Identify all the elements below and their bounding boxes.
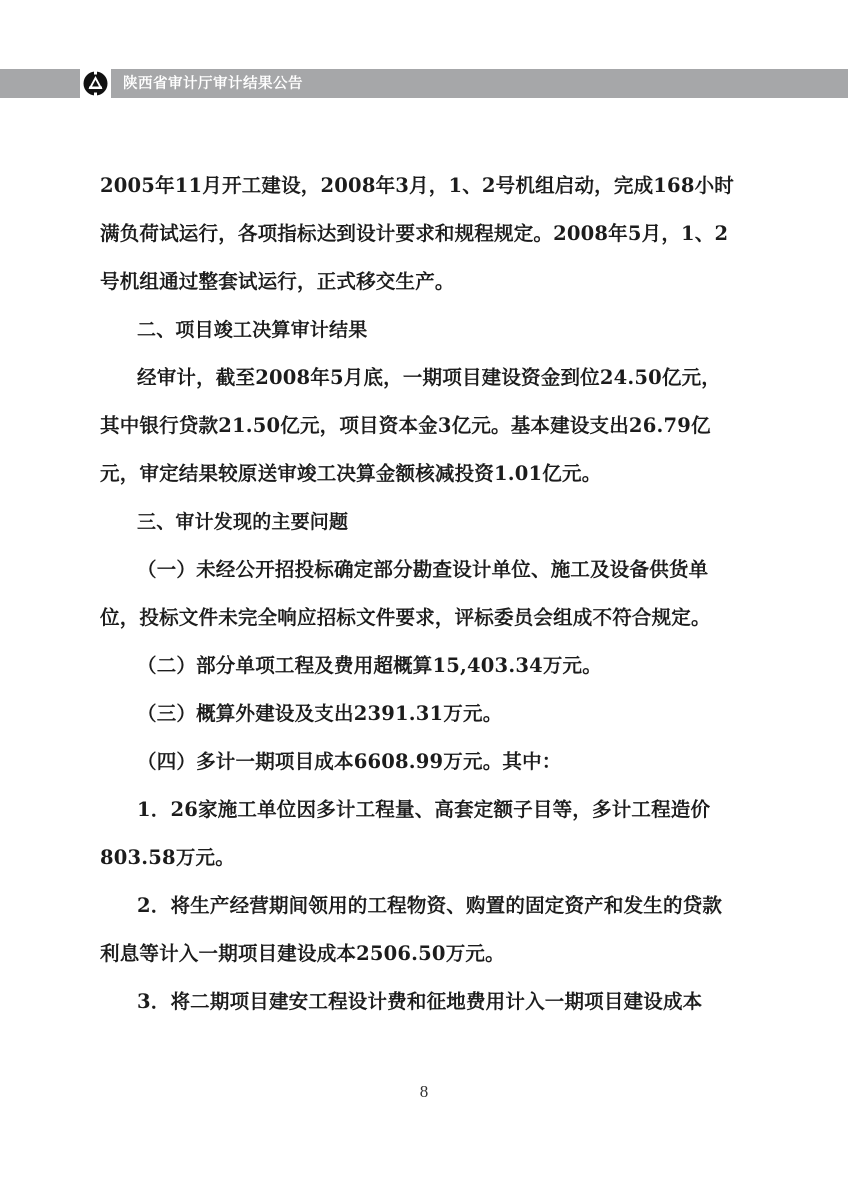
text-line: （一）未经公开招投标确定部分勘查设计单位、施工及设备供货单 (100, 550, 670, 598)
text-line: 经审计，截至2008年5月底，一期项目建设资金到位24.50亿元， (100, 358, 670, 406)
text-line: 803.58万元。 (100, 838, 670, 886)
header-title: 陕西省审计厅审计结果公告 (123, 72, 303, 96)
text-line: 2005年11月开工建设，2008年3月，1、2号机组启动，完成168小时 (100, 166, 670, 214)
text-line: 2．将生产经营期间领用的工程物资、购置的固定资产和发生的贷款 (100, 886, 670, 934)
section-heading: 二、项目竣工决算审计结果 (100, 310, 670, 358)
text-line: 1．26家施工单位因多计工程量、高套定额子目等，多计工程造价 (100, 790, 670, 838)
section-heading: 三、审计发现的主要问题 (100, 502, 670, 550)
text-line: 元，审定结果较原送审竣工决算金额核减投资1.01亿元。 (100, 454, 670, 502)
audit-office-emblem-icon (83, 71, 108, 96)
text-line: 号机组通过整套试运行，正式移交生产。 (100, 262, 670, 310)
page-number: 8 (0, 1082, 848, 1102)
document-body: 2005年11月开工建设，2008年3月，1、2号机组启动，完成168小时 满负… (100, 166, 670, 1030)
text-line: 满负荷试运行，各项指标达到设计要求和规程规定。2008年5月，1、2 (100, 214, 670, 262)
text-line: 利息等计入一期项目建设成本2506.50万元。 (100, 934, 670, 982)
text-line: （三）概算外建设及支出2391.31万元。 (100, 694, 670, 742)
text-line: 其中银行贷款21.50亿元，项目资本金3亿元。基本建设支出26.79亿 (100, 406, 670, 454)
text-line: （二）部分单项工程及费用超概算15,403.34万元。 (100, 646, 670, 694)
text-line: 3．将二期项目建安工程设计费和征地费用计入一期项目建设成本 (100, 982, 670, 1030)
text-line: （四）多计一期项目成本6608.99万元。其中： (100, 742, 670, 790)
text-line: 位，投标文件未完全响应招标文件要求，评标委员会组成不符合规定。 (100, 598, 670, 646)
